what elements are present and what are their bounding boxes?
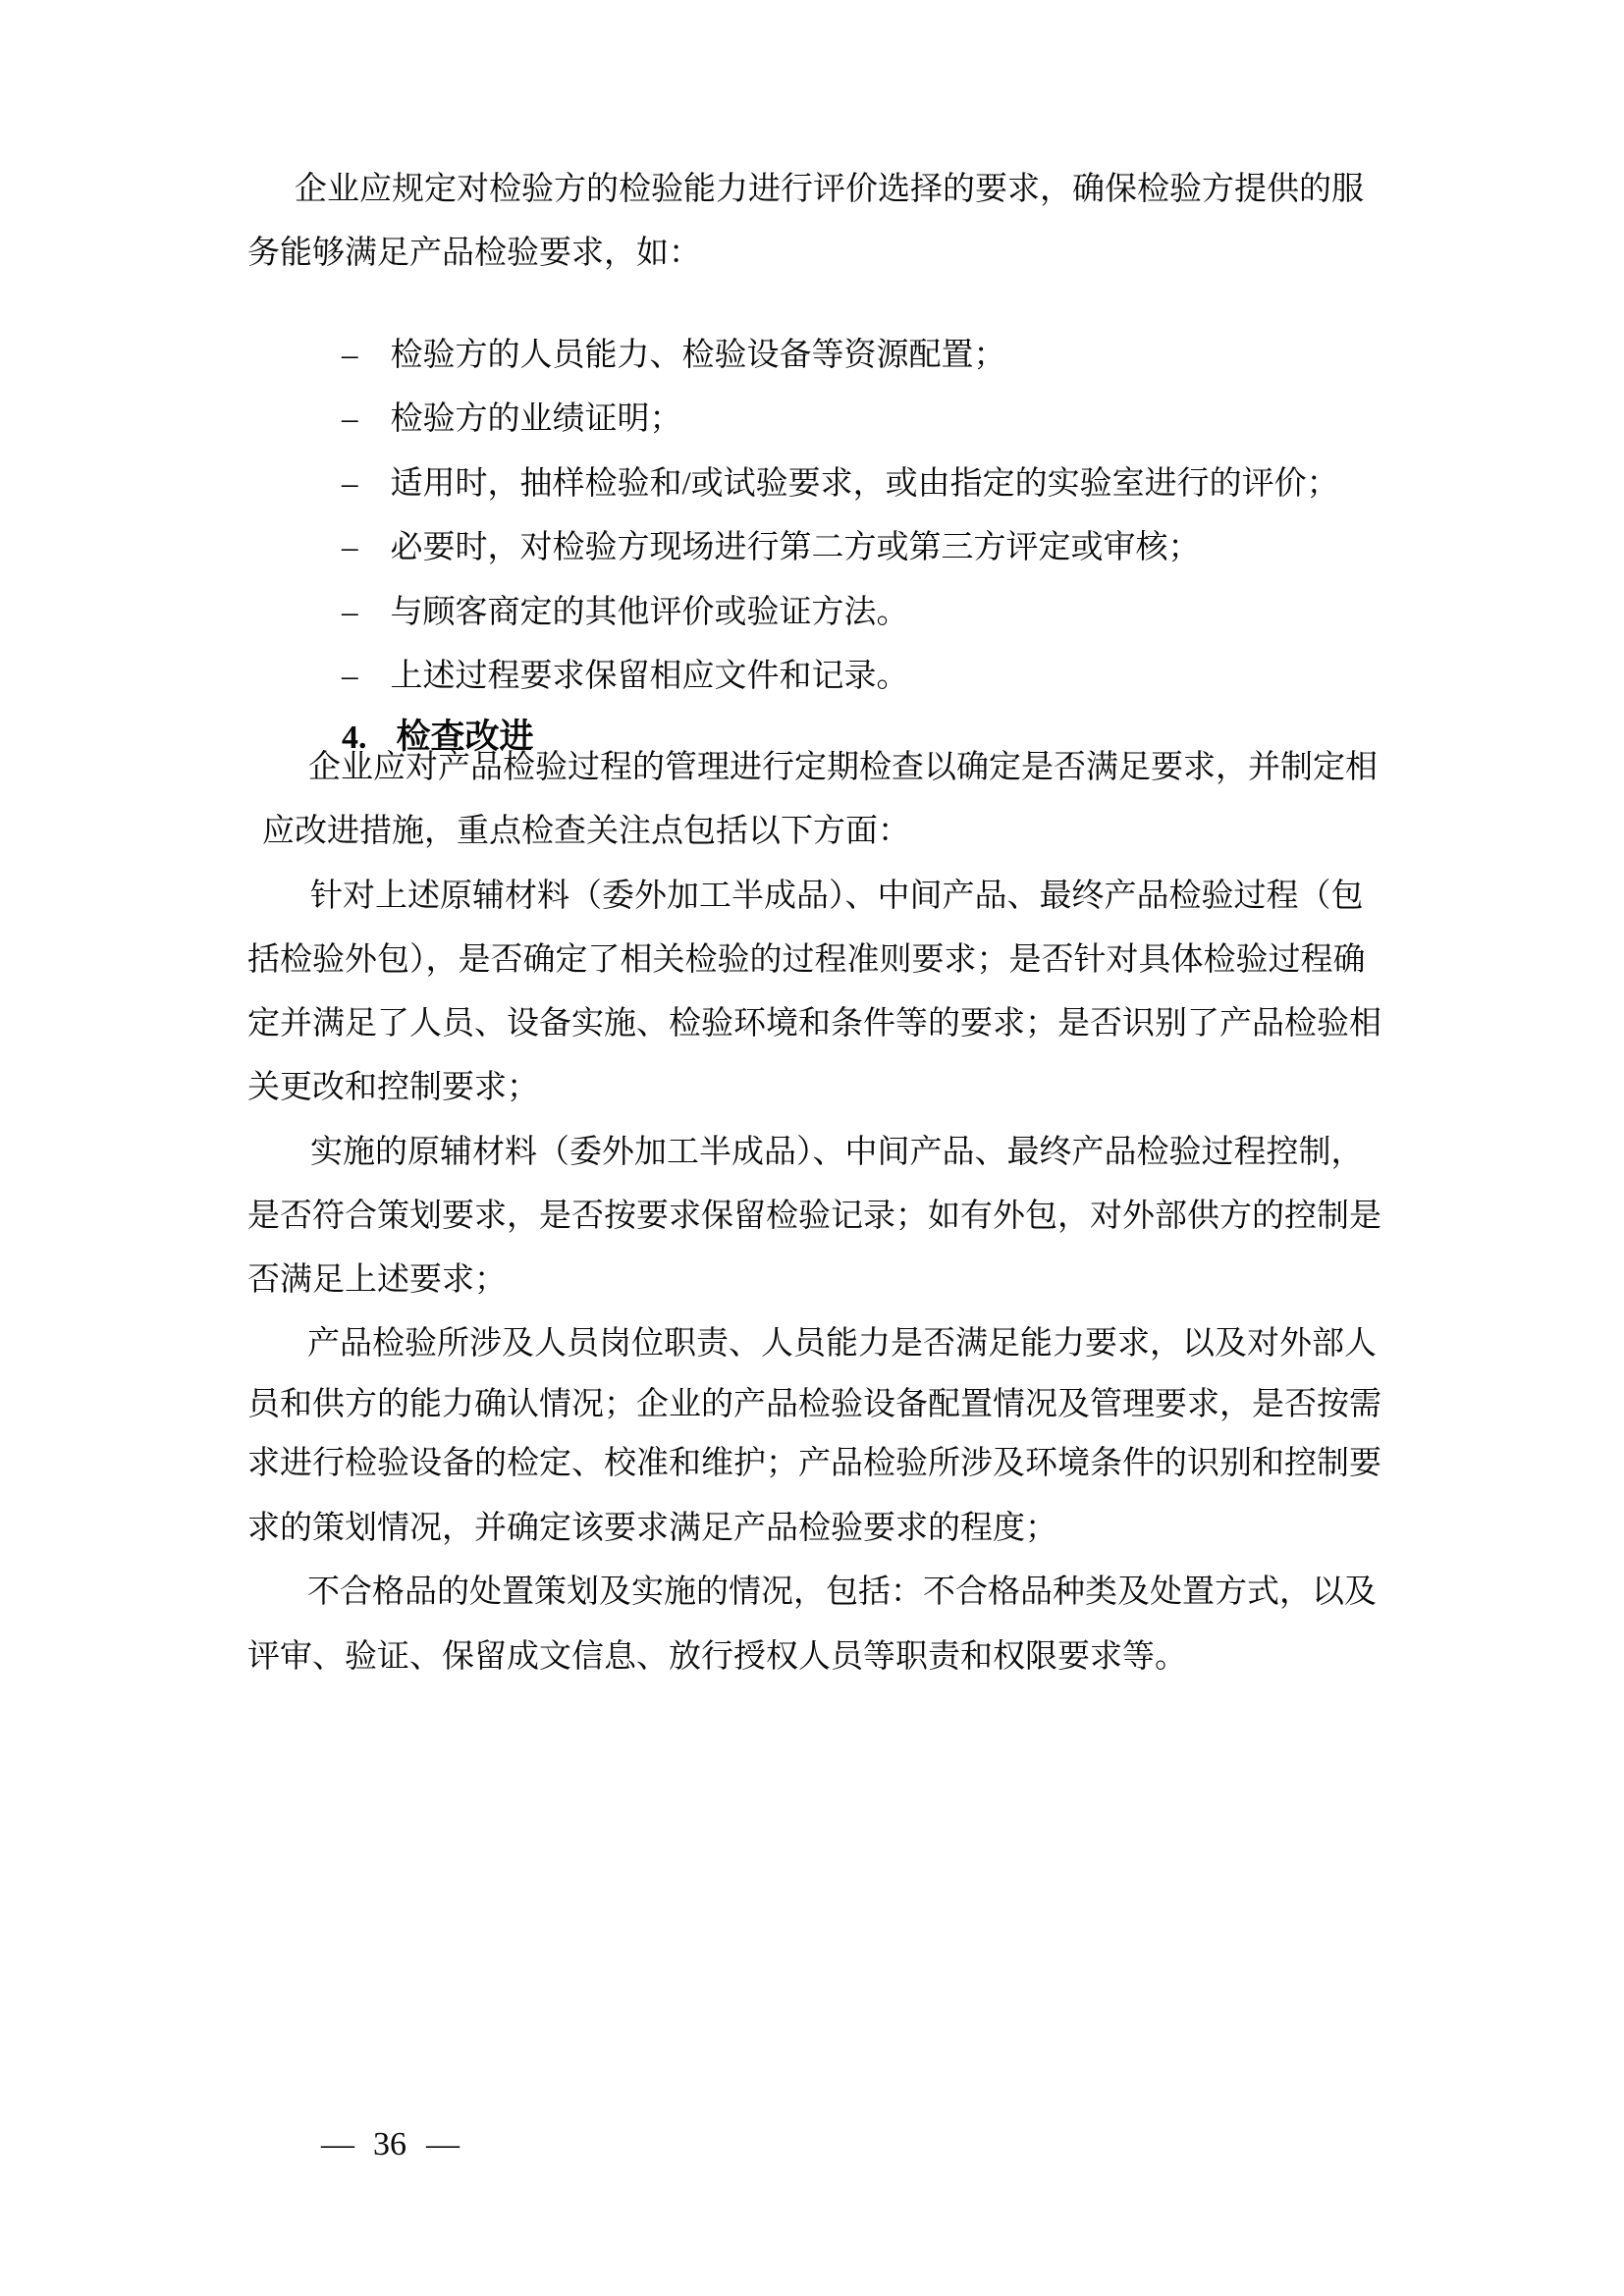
paragraph-line: 求的策划情况，并确定该要求满足产品检验要求的程度； xyxy=(247,1511,1057,1548)
paragraph-line: 括检验外包），是否确定了相关检验的过程准则要求；是否针对具体检验过程确 xyxy=(247,942,1366,980)
paragraph-line: 实施的原辅材料（委外加工半成品）、中间产品、最终产品检验过程控制， xyxy=(310,1135,1364,1172)
paragraph-line: 不合格品的处置策划及实施的情况，包括：不合格品种类及处置方式，以及 xyxy=(307,1575,1377,1612)
page-number: —36— xyxy=(288,2089,460,2201)
paragraph-line: 企业应规定对检验方的检验能力进行评价选择的要求，确保检验方提供的服 xyxy=(295,172,1364,209)
paragraph-line: 员和供方的能力确认情况；企业的产品检验设备配置情况及管理要求，是否按需 xyxy=(247,1387,1381,1424)
paragraph-line: 求进行检验设备的检定、校准和维护；产品检验所涉及环境条件的识别和控制要 xyxy=(247,1446,1381,1483)
document-page: 企业应规定对检验方的检验能力进行评价选择的要求，确保检验方提供的服 务能够满足产… xyxy=(0,0,1624,2296)
paragraph-line: 关更改和控制要求； xyxy=(247,1070,539,1107)
paragraph-line: 产品检验所涉及人员岗位职责、人员能力是否满足能力要求，以及对外部人 xyxy=(307,1326,1377,1363)
paragraph-line: 务能够满足产品检验要求，如： xyxy=(247,236,701,273)
paragraph-line: 定并满足了人员、设备实施、检验环境和条件等的要求；是否识别了产品检验相 xyxy=(247,1006,1381,1043)
paragraph-line: 是否符合策划要求，是否按要求保留检验记录；如有外包，对外部供方的控制是 xyxy=(247,1199,1381,1236)
paragraph-line: 否满足上述要求； xyxy=(247,1262,507,1300)
paragraph-line: 针对上述原辅材料（委外加工半成品）、中间产品、最终产品检验过程（包 xyxy=(310,879,1364,916)
paragraph-line: 评审、验证、保留成文信息、放行授权人员等职责和权限要求等。 xyxy=(247,1639,1187,1677)
paragraph-line: 应改进措施，重点检查关注点包括以下方面： xyxy=(262,814,910,851)
paragraph-line: 企业应对产品检验过程的管理进行定期检查以确定是否满足要求，并制定相 xyxy=(308,750,1378,787)
footer-dash-right: — xyxy=(426,2126,460,2163)
footer-dash-left: — xyxy=(321,2126,354,2163)
footer-page-number: 36 xyxy=(373,2126,406,2163)
